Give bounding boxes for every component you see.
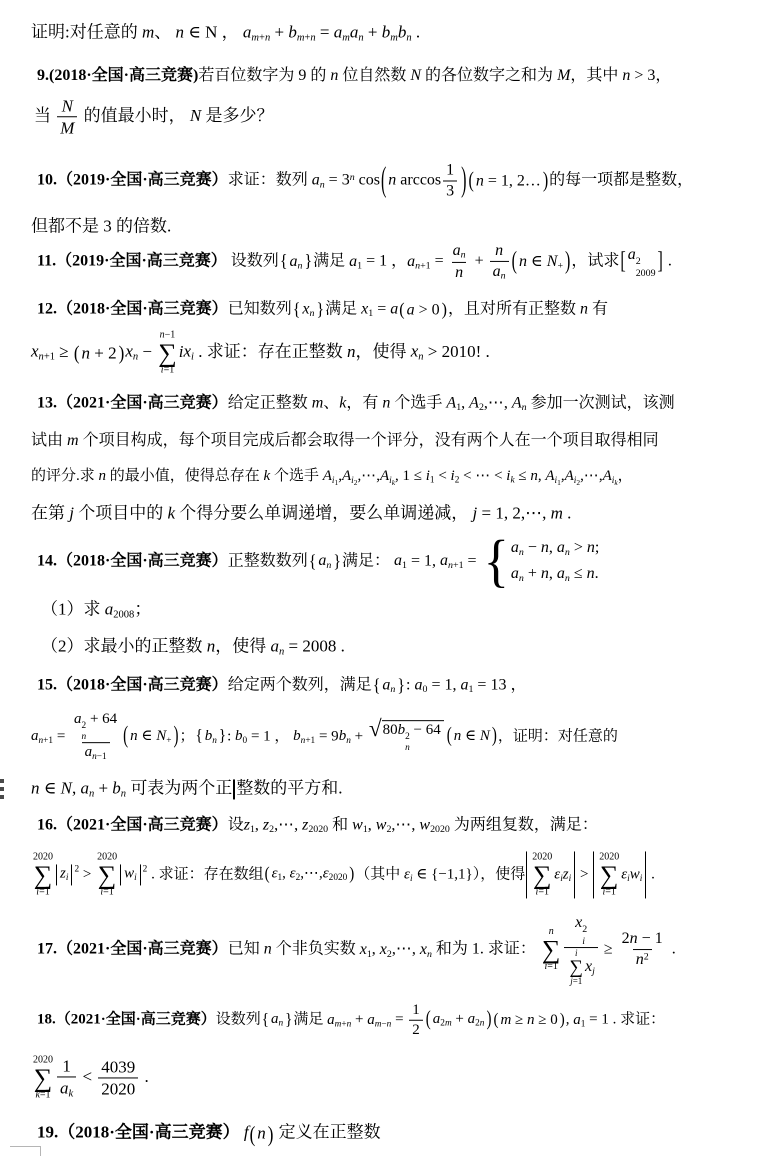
text-run: +1 — [453, 560, 464, 571]
text-run: （1）求 — [41, 599, 105, 618]
math-var: n — [541, 565, 549, 582]
group-content: n = 1, 2… — [475, 171, 542, 191]
math-base: a — [557, 539, 565, 556]
text-run: , 1 ≤ — [395, 468, 426, 484]
close-delimiter: } — [316, 301, 324, 319]
math-var: N — [190, 106, 201, 125]
delimited-group: {xn} — [292, 299, 325, 320]
fraction: 13 — [443, 161, 457, 202]
text-run: 若百位数字为 9 的 — [198, 67, 330, 84]
subscript: m−n — [375, 1019, 392, 1029]
open-delimiter: ( — [250, 1123, 256, 1145]
problem-9-line-2: 当 NM 的值最小时， N 是多少？ — [34, 95, 274, 139]
delimited-group: (n arccos13) — [380, 161, 468, 202]
text-run: 和 — [328, 816, 352, 833]
math-var: n — [31, 778, 40, 797]
scripted-var: xn — [420, 941, 432, 958]
scripted-var: am+n — [327, 1011, 351, 1027]
scripted-var: a1 — [573, 1011, 585, 1027]
math-base: A — [323, 468, 332, 484]
scripted-var: Aik — [380, 468, 395, 484]
problem-16-header-line: 16.（2021·全国·高三竞赛）设z1, z2,⋯, z2020 和 w1, … — [37, 815, 598, 836]
text-run: > 0 — [415, 301, 440, 318]
text-run: + — [364, 22, 382, 41]
close-delimiter: } — [285, 1011, 292, 1028]
text-run: ,⋯, — [274, 816, 302, 833]
text-run: 2020 — [308, 824, 328, 835]
math-base: a — [60, 1079, 69, 1098]
delimited-group: (n ∈ N+) — [122, 727, 179, 747]
text-run: 个非负实数 — [272, 941, 360, 958]
text-run: 设 — [228, 816, 244, 833]
open-delimiter: ( — [493, 1011, 498, 1028]
math-base: x — [31, 342, 39, 361]
open-delimiter: { — [262, 1011, 269, 1028]
open-delimiter: [ — [620, 250, 625, 274]
text-run: 整数的平方和. — [236, 778, 342, 797]
close-delimiter: } — [333, 553, 341, 571]
math-var: a — [390, 301, 398, 318]
text-run: 求证：数列 — [228, 172, 312, 189]
text-run: ∈ — [40, 778, 61, 797]
scripted-var: bn — [339, 728, 351, 744]
delimited-group: {an} — [261, 1010, 294, 1030]
text-run: 满足 — [293, 1011, 327, 1027]
scripted-var: bn+1 — [293, 728, 315, 744]
text-run: . 求证：存在正整数 — [194, 342, 347, 361]
math-var: m — [67, 432, 79, 449]
problem-18-header-line: 18.（2021·全国·高三竞赛）设数列{an}满足 am+n + am−n =… — [37, 1001, 665, 1040]
text-run: 2 — [412, 1022, 420, 1038]
text-run: 个项目构成，每个项目完成后都会取得一个评分，没有两个人在一个项目取得相同 — [79, 432, 659, 449]
lower-limit: i=1 — [161, 364, 174, 377]
problem-19-line: 19.（2018·全国·高三竞赛） f(n) 定义在正整数 — [37, 1122, 381, 1145]
text-run: 正整数数列 — [228, 553, 308, 570]
absolute-value: 2020∑i=1εizi — [525, 851, 576, 898]
text-run: : — [227, 728, 235, 744]
subscript: m+n — [335, 1019, 352, 1029]
subscript: 2020 — [430, 824, 450, 835]
math-var: n — [476, 172, 484, 189]
text-run: = 2008 . — [284, 636, 345, 655]
text-run: 参加一次测试，该测 — [527, 394, 675, 411]
text-run: 证明:对任意的 — [31, 22, 142, 41]
text-cursor — [233, 780, 235, 800]
problem-source-label: 17.（2021·全国·高三竞赛） — [37, 941, 228, 958]
text-run: = — [431, 253, 448, 270]
text-run: 设数列 — [227, 253, 279, 270]
lower-limit: j=1 — [570, 976, 582, 987]
scripted-var: zi — [60, 866, 68, 882]
group-content: an — [381, 675, 396, 696]
math-base: N — [156, 728, 166, 744]
text-run: （2）求最小的正整数 — [41, 636, 207, 655]
scripted-var: an — [511, 539, 524, 556]
text-run: 个得分要么单调递增，要么单调递减， — [175, 503, 473, 522]
math-var: n — [541, 539, 549, 556]
delimited-group: (n = 1, 2…) — [467, 171, 549, 191]
lower-limit: i=1 — [36, 886, 49, 899]
close-delimiter: ) — [543, 170, 548, 192]
text-run: + 64 — [86, 711, 117, 727]
text-run: ，且对所有正整数 — [448, 301, 580, 318]
math-var: i — [66, 873, 69, 883]
text-run: 有 — [588, 301, 608, 318]
text-run: =1 — [605, 886, 616, 897]
cases-row: an + n, an ≤ n. — [511, 564, 599, 585]
math-base: n — [636, 952, 644, 969]
math-base: w — [124, 866, 134, 882]
text-run: 3 — [446, 183, 454, 200]
math-base: a — [557, 565, 565, 582]
text-run: =1 — [164, 364, 175, 375]
delimited-group: (a2m + a2n) — [425, 1010, 493, 1030]
scripted-var: A2 — [469, 394, 484, 411]
group-content: an — [270, 1010, 284, 1030]
subscript: n — [501, 271, 506, 282]
text-run: + — [524, 565, 541, 582]
problem-18-line-2: 2020∑k=11ak < 40392020 . — [31, 1054, 149, 1101]
problem-11-header-line: 11.（2019·全国·高三竞赛） 设数列{an}满足 a1 = 1 ，an+1… — [37, 241, 672, 283]
scripted-var: z2 — [263, 816, 274, 833]
scripted-var: An — [512, 394, 527, 411]
text-run: +1 — [44, 352, 55, 363]
group-content: n ∈ N+ — [518, 251, 564, 272]
text-run: 满足： — [342, 553, 394, 570]
open-delimiter: ( — [381, 163, 386, 198]
scripted-var: x2 — [380, 941, 392, 958]
math-base: a — [453, 242, 461, 259]
problem-source-label: 15.（2018·全国·高三竞赛） — [37, 677, 228, 694]
delimited-group: (n) — [249, 1123, 275, 1144]
scripted-var: ak — [60, 1079, 73, 1098]
math-var: n — [630, 931, 638, 948]
text-run: ； — [134, 599, 151, 618]
scripted-var: z2020 — [302, 816, 328, 833]
text-run: > — [570, 539, 587, 556]
text-run: , — [549, 565, 557, 582]
math-base: a — [80, 778, 89, 797]
math-var: k — [69, 1089, 74, 1100]
scripted-var: am+n — [243, 22, 270, 41]
denominator: ak — [57, 1077, 76, 1101]
group-content: n + 2 — [81, 342, 118, 363]
math-base: a — [367, 1011, 375, 1027]
math-var: M — [557, 67, 570, 84]
open-delimiter: ( — [468, 170, 473, 192]
text-run: ; — [595, 539, 599, 556]
delimited-group: (m ≥ n ≥ 0) — [492, 1011, 565, 1030]
text-run: ； — [180, 728, 195, 744]
text-run: cos — [355, 172, 380, 189]
delimited-group: (n ∈ N) — [446, 728, 498, 747]
delimited-group: (n + 2) — [73, 342, 125, 363]
sigma-icon: ∑ — [98, 864, 117, 886]
text-run: 的各位数字之和为 — [421, 67, 557, 84]
fraction: nan — [490, 241, 509, 283]
group-content: a22009 — [627, 245, 657, 279]
delimited-group: [a22009] — [619, 245, 663, 279]
subscript: n — [461, 250, 466, 261]
close-delimiter: ) — [119, 343, 125, 363]
math-base: x — [575, 914, 582, 931]
denominator: M — [57, 117, 77, 139]
math-var: m — [142, 22, 154, 41]
math-var: n — [176, 22, 185, 41]
text-run: ，有 — [346, 394, 382, 411]
math-base: w — [376, 816, 387, 833]
math-var: M — [60, 119, 74, 138]
text-run: 设数列 — [216, 1011, 261, 1027]
math-base: a — [334, 22, 343, 41]
problem-source-label: 11.（2019·全国·高三竞赛） — [37, 253, 227, 270]
numerator: 1 — [443, 161, 457, 181]
text-run: 2009 — [636, 268, 656, 279]
sup-sub-stack: 22009 — [636, 256, 656, 279]
text-run: ，其中 — [570, 67, 622, 84]
math-base: x — [302, 300, 309, 317]
text-run: = — [316, 22, 334, 41]
math-var: n — [580, 301, 588, 318]
text-run: = 1, 2,⋯, — [477, 503, 550, 522]
problem-10-header-line: 10.（2019·全国·高三竞赛）求证：数列 an = 3n cos(n arc… — [37, 161, 693, 202]
group-content: n — [256, 1123, 267, 1144]
text-run: , — [255, 816, 263, 833]
math-base: a — [327, 1011, 335, 1027]
subscript: 2008 — [113, 609, 134, 620]
lower-limit: i=1 — [536, 886, 549, 899]
scripted-var: N+ — [547, 252, 563, 269]
text-run: 当 — [34, 106, 55, 125]
math-var: n — [519, 252, 527, 269]
scripted-var: an — [271, 1011, 283, 1027]
problem-source-label: 19.（2018·全国·高三竞赛） — [37, 1123, 240, 1142]
scripted-var: xn — [125, 342, 138, 361]
open-delimiter: { — [280, 253, 288, 271]
text-run: , — [461, 394, 469, 411]
math-var: m — [445, 1018, 452, 1028]
scripted-var: εi — [554, 866, 563, 882]
text-run: + — [94, 778, 112, 797]
scripted-var: an — [557, 539, 570, 556]
delimited-group: {an} — [279, 251, 313, 272]
text-run: ， — [618, 468, 633, 484]
text-run: 2020 — [329, 873, 348, 883]
scripted-var: xn — [302, 300, 314, 317]
text-run: ∈ — [461, 729, 480, 745]
sigma-icon: ∑ — [533, 864, 552, 886]
text-run: 4039 — [101, 1057, 135, 1076]
scripted-var: an+1 — [31, 728, 53, 744]
math-var: n — [480, 1018, 485, 1028]
scripted-var: wi — [630, 866, 643, 882]
math-var: n — [455, 264, 463, 281]
group-content: a > 0 — [406, 300, 441, 320]
subscript: 2m — [440, 1018, 451, 1028]
subscript: m+n — [251, 32, 270, 43]
text-run: ，使得 — [355, 342, 410, 361]
numerator: 1 — [409, 1001, 423, 1020]
text-run: 给定正整数 — [228, 394, 312, 411]
math-base: a — [31, 728, 39, 744]
fraction: 1ak — [57, 1055, 76, 1100]
subscript: n — [390, 684, 395, 695]
text-run: 80 — [383, 722, 398, 738]
open-delimiter: ( — [265, 866, 270, 884]
scripted-var: b0 — [235, 728, 247, 744]
numerator: 1 — [59, 1055, 74, 1076]
close-delimiter: } — [219, 728, 226, 745]
scripted-var: bn — [205, 728, 217, 744]
subscript: 2020 — [329, 873, 348, 883]
problem-14-part-1: （1）求 a2008； — [41, 598, 151, 621]
scripted-var: xi — [184, 342, 194, 361]
math-var: i — [569, 874, 572, 884]
math-var: a — [407, 301, 415, 318]
text-run: = 1, 2… — [484, 172, 541, 189]
subscript: 2009 — [636, 268, 656, 279]
math-var: m — [342, 32, 350, 43]
math-var: i — [582, 936, 585, 947]
denominator: i∑j=1xj — [564, 947, 597, 987]
scripted-var: b2n — [398, 722, 410, 738]
math-base: x — [360, 941, 367, 958]
subscript: n — [298, 260, 303, 271]
text-run: = 13 ， — [473, 677, 526, 694]
subscript: n — [212, 735, 217, 745]
close-delimiter: } — [304, 253, 312, 271]
math-base: w — [352, 816, 363, 833]
scripted-var: x1 — [361, 301, 373, 318]
text-run: 1 — [62, 1056, 71, 1075]
lower-limit: i=1 — [602, 886, 615, 899]
subscript: i — [582, 936, 585, 947]
math-base: a — [349, 253, 357, 270]
subscript: n — [326, 560, 331, 571]
math-base: a — [271, 636, 280, 655]
scripted-var: ik — [506, 468, 514, 484]
math-base: x — [420, 941, 427, 958]
text-run: =1 — [39, 886, 50, 897]
close-delimiter: } — [397, 677, 405, 695]
math-base: a — [105, 599, 114, 618]
text-run: 的每一项都是整数， — [549, 172, 693, 189]
text-run: ≥ — [55, 342, 73, 361]
text-run: , — [549, 539, 557, 556]
numerator: n — [492, 241, 506, 261]
group-content: an — [289, 251, 304, 272]
close-delimiter: ) — [268, 1123, 274, 1145]
group-content: xn — [301, 299, 315, 320]
numerator: an — [450, 241, 469, 262]
scripted-var: an — [493, 263, 506, 280]
text-run: =1 — [573, 976, 583, 986]
text-run: ，证明：对任意的 — [498, 728, 618, 744]
sigma-icon: ∑ — [34, 864, 53, 886]
math-var: N — [62, 96, 73, 115]
denominator: 3 — [443, 181, 457, 202]
math-var: m — [500, 1012, 511, 1028]
math-base: a — [407, 253, 415, 270]
math-var: n — [495, 242, 503, 259]
scripted-var: an — [318, 552, 331, 569]
text-run: , — [368, 816, 376, 833]
scripted-var: a2008 — [105, 599, 135, 618]
math-var: i — [640, 874, 643, 884]
sup-sub-stack: 2i — [582, 925, 587, 948]
problem-14-header-line: 14.（2018·全国·高三竞赛）正整数数列{an}满足： a1 = 1, an… — [37, 538, 599, 586]
subscript: n+1 — [448, 560, 464, 571]
scripted-var: wi — [124, 866, 137, 882]
text-run: （其中 — [355, 866, 404, 882]
scripted-var: z1 — [244, 816, 255, 833]
open-delimiter: { — [309, 553, 317, 571]
text-run: ≤ — [515, 468, 531, 484]
problem-12-line-2: xn+1 ≥ (n + 2)xn − n−1∑i=1ixi . 求证：存在正整数… — [31, 329, 490, 376]
denominator: 2 — [409, 1020, 423, 1040]
subscript: m — [342, 32, 350, 43]
text-run: = 9 — [315, 728, 338, 744]
scripted-var: a2n — [468, 1011, 485, 1027]
text-run: − 64 — [410, 722, 441, 738]
text-run: =1 — [547, 961, 558, 972]
scripted-var: w1 — [352, 816, 368, 833]
subscript: i — [569, 874, 572, 884]
open-delimiter: ( — [512, 249, 517, 275]
open-delimiter: ( — [399, 301, 404, 319]
scripted-var: ε2020 — [323, 866, 348, 882]
text-run: 、 — [154, 22, 175, 41]
math-base: w — [419, 816, 430, 833]
text-run: 试由 — [31, 432, 67, 449]
fraction: ann — [450, 241, 469, 283]
math-base: a — [394, 553, 402, 570]
text-run: 的评分.求 — [31, 468, 99, 484]
text-run: 是多少？ — [201, 106, 273, 125]
scripted-var: x2i — [575, 914, 587, 931]
text-run: . — [140, 1067, 149, 1086]
text-run: − — [138, 342, 156, 361]
group-content: n ∈ N+ — [129, 727, 172, 747]
text-run: = 1, — [407, 553, 440, 570]
text-run: 2020 — [101, 1080, 135, 1099]
problem-15-line-3: n ∈ N, an + bn 可表为两个正整数的平方和. — [31, 777, 343, 800]
math-var: n — [82, 732, 87, 742]
math-var: k — [167, 503, 175, 522]
math-var: n — [501, 271, 506, 282]
problem-15-header-line: 15.（2018·全国·高三竞赛）给定两个数列，满足{an}: a0 = 1, … — [37, 675, 526, 696]
sigma-icon: ∑ — [542, 939, 561, 961]
math-base: b — [382, 22, 391, 41]
math-var: m — [251, 32, 259, 43]
sigma-icon: ∑ — [34, 1067, 53, 1089]
math-base: a — [85, 745, 93, 761]
problem-source-label: 12.（2018·全国·高三竞赛） — [37, 301, 228, 318]
scripted-var: an−1 — [85, 745, 107, 761]
math-var: n — [530, 468, 538, 484]
text-run: 已知数列 — [228, 301, 292, 318]
scripted-var: ε1 — [272, 866, 283, 882]
lower-limit: k=1 — [35, 1089, 50, 1102]
group-content: n ∈ N — [453, 728, 491, 747]
cases-row: an − n, an > n; — [511, 538, 599, 559]
math-var: n — [207, 636, 216, 655]
text-run: ,⋯, — [580, 468, 603, 484]
text-run: + — [557, 260, 563, 271]
summation: 2020∑i=1 — [532, 851, 552, 898]
fraction: a2n + 64an−1 — [71, 710, 120, 764]
denominator: an — [490, 261, 509, 283]
